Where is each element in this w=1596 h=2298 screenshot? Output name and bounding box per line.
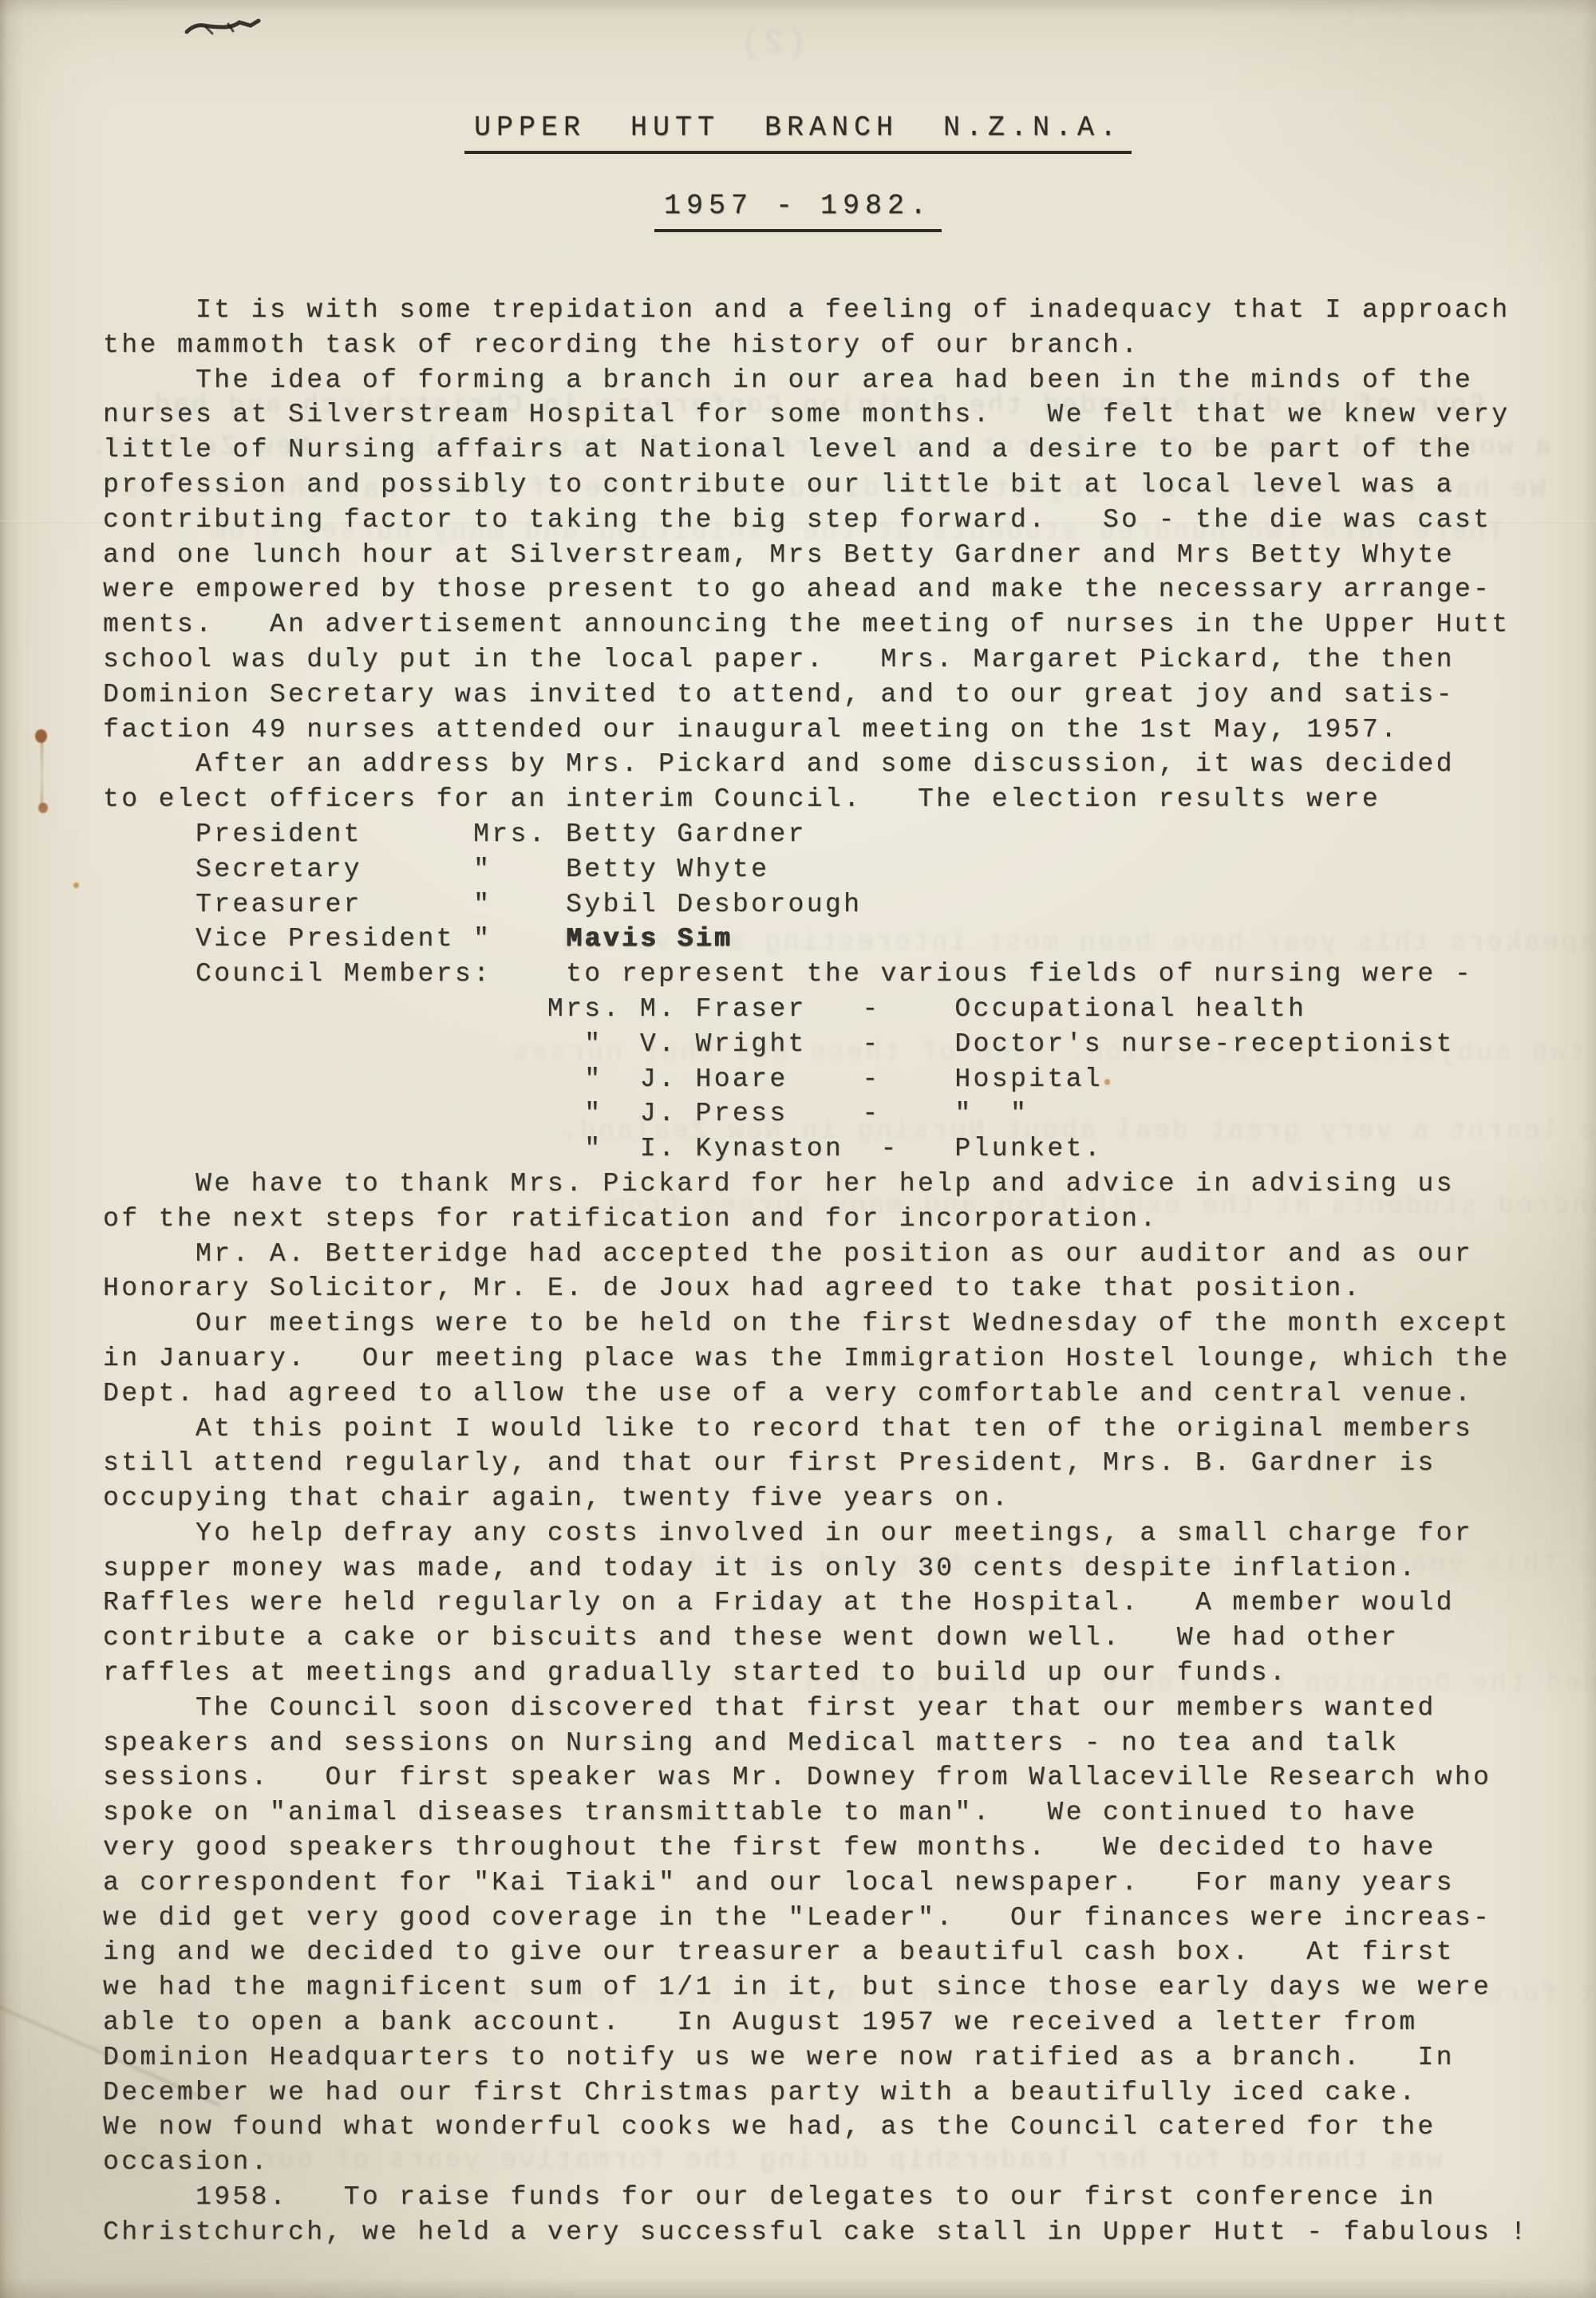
document-title-row: UPPER HUTT BRANCH N.Z.N.A. — [0, 112, 1596, 154]
typewritten-line: nurses at Silverstream Hospital for some… — [103, 397, 1529, 432]
paper-speck — [73, 882, 79, 888]
typewritten-line: contributing factor to taking the big st… — [103, 503, 1529, 538]
typewritten-line: Dept. had agreed to allow the use of a v… — [103, 1376, 1529, 1412]
rust-spot — [38, 803, 48, 813]
typewritten-line: very good speakers throughout the first … — [103, 1830, 1529, 1866]
typewritten-line: and one lunch hour at Silverstream, Mrs … — [103, 538, 1529, 573]
typewritten-line: " J. Press - " " — [103, 1096, 1529, 1131]
typewritten-line: Mr. A. Betteridge had accepted the posit… — [103, 1237, 1529, 1272]
typewritten-line: able to open a bank account. In August 1… — [103, 2005, 1529, 2040]
typewritten-line: We now found what wonderful cooks we had… — [103, 2110, 1529, 2145]
typewritten-line: The Council soon discovered that first y… — [103, 1691, 1529, 1726]
typewritten-line: little of Nursing affairs at National le… — [103, 432, 1529, 468]
typewritten-line: Council Members: to represent the variou… — [103, 957, 1529, 992]
typewritten-line: we did get very good coverage in the "Le… — [103, 1901, 1529, 1936]
typewritten-line: spoke on "animal diseases transmittable … — [103, 1795, 1529, 1830]
typewritten-document-page: (2) Four of us duly attended the Dominio… — [0, 0, 1596, 2298]
typewritten-line: " I. Kynaston - Plunket. — [103, 1131, 1529, 1167]
typewritten-line: raffles at meetings and gradually starte… — [103, 1656, 1529, 1691]
typewritten-line: Christchurch, we held a very successful … — [103, 2215, 1529, 2250]
typewritten-line: to elect officers for an interim Council… — [103, 782, 1529, 817]
typewritten-line: profession and possibly to contribute ou… — [103, 468, 1529, 503]
typewritten-line: " V. Wright - Doctor's nurse-receptionis… — [103, 1027, 1529, 1062]
bleedthrough-page-number: (2) — [738, 27, 807, 59]
document-daterange-row: 1957 - 1982. — [0, 190, 1596, 232]
typewritten-line: we had the magnificent sum of 1/1 in it,… — [103, 1970, 1529, 2005]
typewritten-line: It is with some trepidation and a feelin… — [103, 293, 1529, 328]
typewritten-line: The idea of forming a branch in our area… — [103, 363, 1529, 398]
typewritten-line: " J. Hoare - Hospital — [103, 1062, 1529, 1097]
typewritten-line: Treasurer " Sybil Desborough — [103, 887, 1529, 922]
typewritten-line: After an address by Mrs. Pickard and som… — [103, 747, 1529, 782]
typewritten-line: were empowered by those present to go ah… — [103, 572, 1529, 607]
typewritten-line: occasion. — [103, 2145, 1529, 2180]
typewritten-line: faction 49 nurses attended our inaugural… — [103, 713, 1529, 748]
typewritten-line: December we had our first Christmas part… — [103, 2075, 1529, 2110]
document-title: UPPER HUTT BRANCH N.Z.N.A. — [464, 112, 1132, 154]
typewritten-line: Dominion Headquarters to notify us we we… — [103, 2040, 1529, 2075]
typewritten-line: occupying that chair again, twenty five … — [103, 1481, 1529, 1516]
typewritten-line: President Mrs. Betty Gardner — [103, 817, 1529, 852]
document-body: It is with some trepidation and a feelin… — [103, 293, 1529, 2250]
typewritten-line: Dominion Secretary was invited to attend… — [103, 677, 1529, 713]
typewritten-line: still attend regularly, and that our fir… — [103, 1446, 1529, 1481]
typewritten-line: Our meetings were to be held on the firs… — [103, 1306, 1529, 1341]
typewritten-line: Vice President " Mavis Sim — [103, 922, 1529, 957]
overtyped-name: Mavis Sim — [566, 924, 733, 954]
typewritten-line: of the next steps for ratification and f… — [103, 1202, 1529, 1237]
typewritten-line: supper money was made, and today it is o… — [103, 1551, 1529, 1586]
typewritten-line: Mrs. M. Fraser - Occupational health — [103, 992, 1529, 1027]
typewritten-line: 1958. To raise funds for our delegates t… — [103, 2180, 1529, 2215]
typewritten-line: Honorary Solicitor, Mr. E. de Joux had a… — [103, 1271, 1529, 1306]
typewritten-line: Secretary " Betty Whyte — [103, 852, 1529, 887]
ink-smudge — [182, 11, 270, 43]
typewritten-line: speakers and sessions on Nursing and Med… — [103, 1726, 1529, 1761]
typewritten-line: contribute a cake or biscuits and these … — [103, 1621, 1529, 1656]
rust-stain — [41, 740, 43, 807]
typewritten-line: Raffles were held regularly on a Friday … — [103, 1585, 1529, 1621]
typewritten-line: in January. Our meeting place was the Im… — [103, 1341, 1529, 1376]
typewritten-line: ments. An advertisement announcing the m… — [103, 607, 1529, 642]
typewritten-line: We have to thank Mrs. Pickard for her he… — [103, 1167, 1529, 1202]
typewritten-line: Yo help defray any costs involved in our… — [103, 1516, 1529, 1551]
typewritten-line: a correspondent for "Kai Tiaki" and our … — [103, 1866, 1529, 1901]
typewritten-line: At this point I would like to record tha… — [103, 1412, 1529, 1447]
typewritten-line: sessions. Our first speaker was Mr. Down… — [103, 1760, 1529, 1795]
typewritten-line: the mammoth task of recording the histor… — [103, 328, 1529, 363]
typewritten-line: ing and we decided to give our treasurer… — [103, 1935, 1529, 1970]
typewritten-line: school was duly put in the local paper. … — [103, 642, 1529, 677]
document-date-range: 1957 - 1982. — [654, 190, 942, 232]
rust-spot — [35, 729, 47, 743]
